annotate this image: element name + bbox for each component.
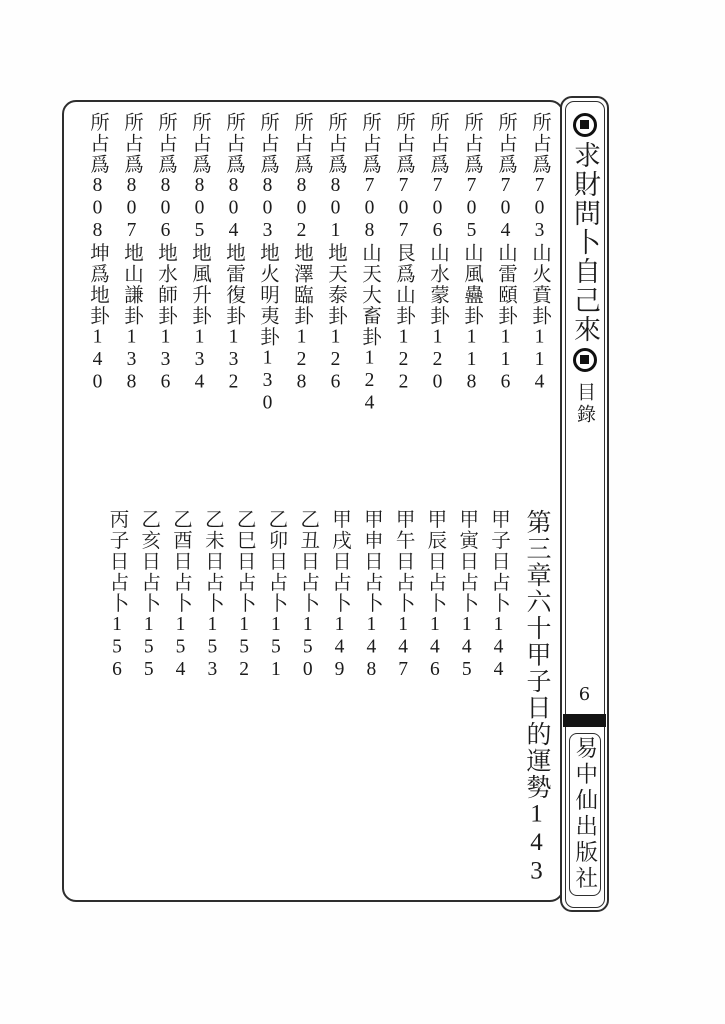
- chapter-heading: 第三章六十甲子日的運勢143: [514, 509, 558, 904]
- book-title: 求財問卜自己來: [571, 141, 598, 344]
- toc-entry: 乙丑日占卜150: [291, 509, 323, 904]
- toc-section-chapter3: 第三章六十甲子日的運勢143 甲子日占卜144 甲寅日占卜145 甲辰日占卜14…: [68, 509, 558, 904]
- title-strip-inner-border: 求財問卜自己來 目錄 6 易中仙出版社: [565, 101, 605, 908]
- toc-entry: 乙卯日占卜151: [260, 509, 292, 904]
- toc-section-hexagrams: 所占爲703山火賁卦114 所占爲704山雷頤卦116 所占爲705山風蠱卦11…: [74, 112, 556, 457]
- bullseye-icon: [573, 113, 597, 137]
- toc-entry: 所占爲802地澤臨卦128: [284, 112, 318, 457]
- toc-entry: 甲子日占卜144: [482, 509, 514, 904]
- toc-entry: 所占爲805地風升卦134: [182, 112, 216, 457]
- bullseye-dot: [580, 120, 589, 129]
- toc-entry: 所占爲708山天大畜卦124: [352, 112, 386, 457]
- toc-entry: 乙巳日占卜152: [228, 509, 260, 904]
- toc-entry: 所占爲808坤爲地卦140: [80, 112, 114, 457]
- bullseye-icon: [573, 348, 597, 372]
- toc-entry: 所占爲704山雷頤卦116: [488, 112, 522, 457]
- toc-entry: 乙未日占卜153: [196, 509, 228, 904]
- separator-bar: [563, 714, 606, 727]
- toc-entry: 甲午日占卜147: [387, 509, 419, 904]
- title-block: 求財問卜自己來 目錄: [566, 113, 604, 426]
- publisher-name: 易中仙出版社: [573, 736, 596, 892]
- toc-entry: 所占爲707艮爲山卦122: [386, 112, 420, 457]
- bullseye-dot: [580, 355, 589, 364]
- toc-entry: 所占爲705山風蠱卦118: [454, 112, 488, 457]
- toc-entry: 丙子日占卜156: [101, 509, 133, 904]
- toc-entry: 甲申日占卜148: [355, 509, 387, 904]
- scanned-book-page: { "page": { "book_title": "求財問卜自己來", "se…: [0, 0, 725, 1024]
- toc-entry: 所占爲806地水師卦136: [148, 112, 182, 457]
- toc-entry: 乙酉日占卜154: [164, 509, 196, 904]
- publisher-box: 易中仙出版社: [569, 733, 601, 896]
- toc-entry: 所占爲804地雷復卦132: [216, 112, 250, 457]
- toc-entry: 乙亥日占卜155: [132, 509, 164, 904]
- toc-entry: 所占爲706山水蒙卦120: [420, 112, 454, 457]
- title-strip: 求財問卜自己來 目錄 6 易中仙出版社: [560, 96, 609, 912]
- toc-entry: 所占爲807地山謙卦138: [114, 112, 148, 457]
- section-label: 目錄: [575, 382, 594, 426]
- toc-entry: 所占爲801地天泰卦126: [318, 112, 352, 457]
- toc-entry: 甲辰日占卜146: [419, 509, 451, 904]
- toc-entry: 所占爲703山火賁卦114: [522, 112, 556, 457]
- toc-entry: 甲戌日占卜149: [323, 509, 355, 904]
- page-number: 6: [566, 684, 604, 705]
- toc-entry: 所占爲803地火明夷卦130: [250, 112, 284, 457]
- toc-entry: 甲寅日占卜145: [450, 509, 482, 904]
